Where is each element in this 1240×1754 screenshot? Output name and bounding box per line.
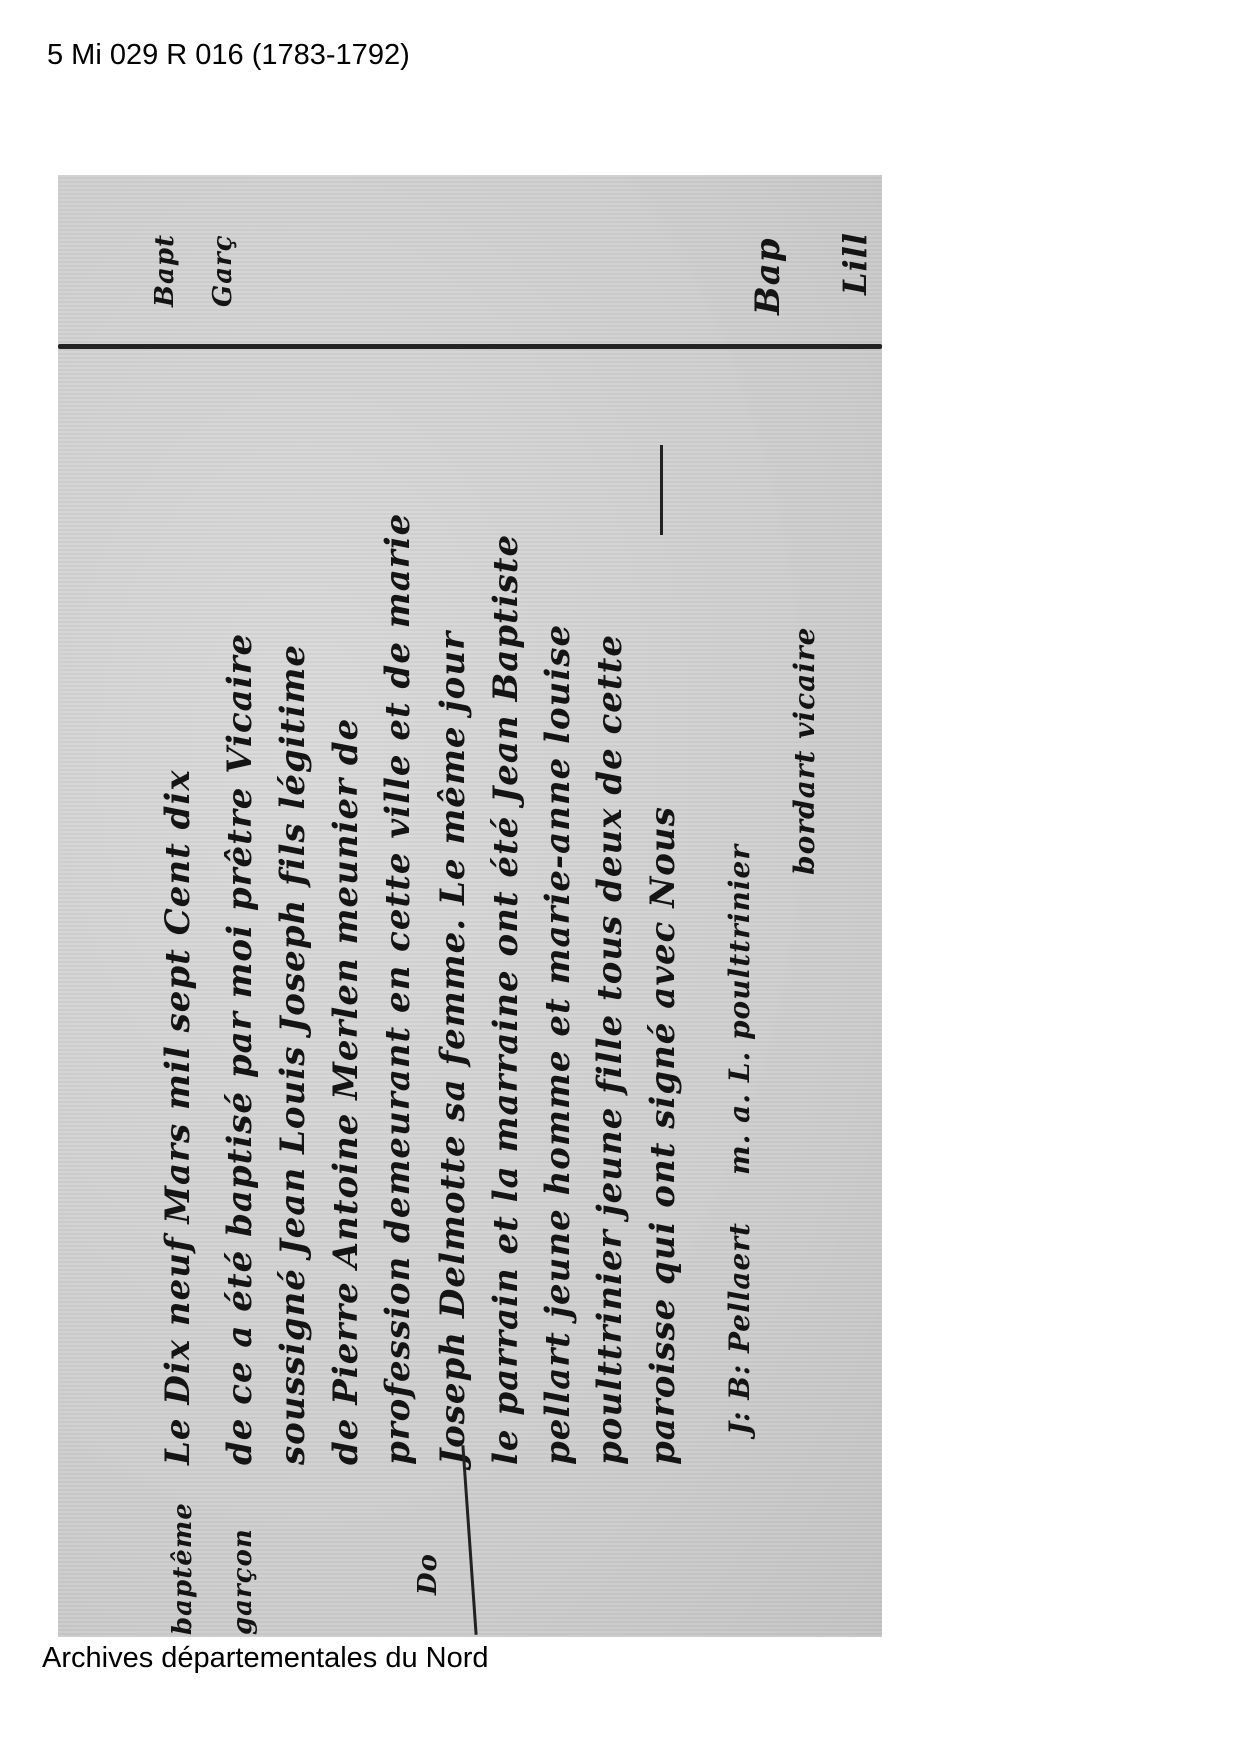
register-line-9: poulttrinier jeune fille tous deux de ce… — [590, 634, 630, 1465]
signature-poulttrinier: m. a. L. poulttrinier — [723, 844, 756, 1175]
archive-credit: Archives départementales du Nord — [42, 1641, 489, 1675]
register-line-4: de Pierre Antoine Merlen meunier de — [326, 718, 366, 1465]
signature-pellaert: J: B: Pellaert — [723, 1222, 756, 1435]
register-line-1: Le Dix neuf Mars mil sept Cent dix — [158, 769, 198, 1465]
margin-fragment-bapt: Bapt — [150, 234, 180, 307]
register-line-3: soussigné Jean Louis Joseph fils légitim… — [273, 644, 313, 1465]
margin-fragment-lill: Lill — [836, 232, 874, 295]
margin-fragment-bap-right: Bap — [748, 237, 788, 315]
register-line-10: paroisse qui ont signé avec Nous — [643, 806, 683, 1465]
archive-reference: 5 Mi 029 R 016 (1783-1792) — [47, 38, 410, 72]
register-line-2: de ce a été baptisé par moi prêtre Vicai… — [220, 633, 260, 1465]
margin-do: Do — [413, 1553, 443, 1595]
register-line-6: Joseph Delmotte sa femme. Le même jour — [433, 631, 473, 1465]
margin-bracket-stroke — [461, 1445, 477, 1635]
closing-stroke — [660, 445, 663, 535]
register-line-7: le parrain et la marraine ont été Jean B… — [486, 534, 526, 1465]
margin-fragment-garc: Garç — [208, 234, 238, 307]
margin-bapteme: baptême — [168, 1502, 198, 1635]
register-line-5: profession demeurant en cette ville et d… — [378, 513, 418, 1465]
register-line-8: pellart jeune homme et marie-anne louise — [538, 624, 578, 1465]
register-ruled-line — [58, 344, 882, 349]
scanned-register-image: Bapt Garç Bap Lill baptême garçon Do Le … — [58, 175, 882, 1637]
margin-garcon: garçon — [228, 1528, 258, 1635]
signature-bordart-vicaire: bordart vicaire — [788, 627, 821, 875]
